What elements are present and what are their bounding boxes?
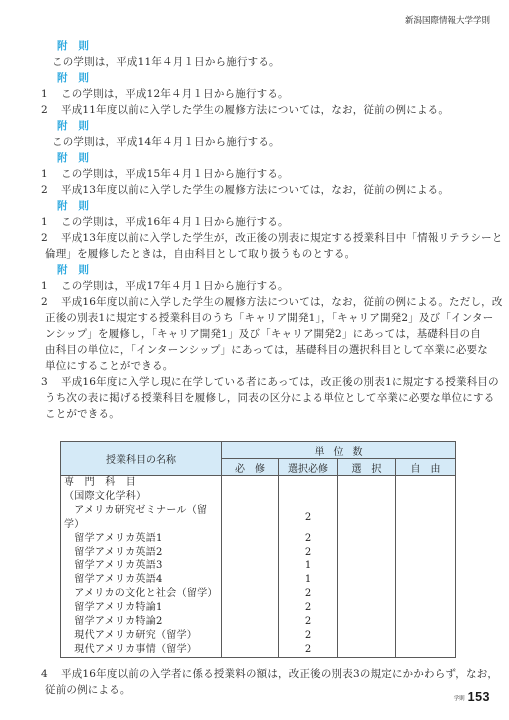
text-line: 1この学則は，平成17年４月１日から施行する。 <box>0 278 509 294</box>
line-text: 倫理」を履修したときは，自由科目として取り扱うものとする。 <box>45 248 355 260</box>
item-number: 1 <box>41 278 48 294</box>
free-units-cell <box>396 476 456 490</box>
item-number: 1 <box>41 86 48 102</box>
free-units-cell <box>396 643 456 657</box>
text-line: 3平成16年度に入学し現に在学している者にあっては，改正後の別表1に規定する授業… <box>0 374 509 390</box>
provisions-content: 附 則 この学則は，平成11年４月１日から施行する。 附 則 1この学則は，平成… <box>0 38 509 698</box>
required-units-cell <box>222 532 279 546</box>
elective-units-cell <box>338 532 396 546</box>
page-number: 153 <box>468 690 490 704</box>
course-name-cell: 留学アメリカ特論1 <box>61 601 222 615</box>
line-text: ことができる。 <box>45 408 120 420</box>
free-units-cell <box>396 490 456 504</box>
elective-units-cell <box>338 629 396 643</box>
elective-units-cell <box>338 573 396 587</box>
course-name-cell: 留学アメリカ英語4 <box>61 573 222 587</box>
elective-required-units-cell <box>279 476 338 490</box>
line-text: 附 則 <box>57 72 89 84</box>
credits-table: 授業科目の名称 単位数 必 修 選択必修 選 択 自 由 専 門 科 目 <box>60 441 456 658</box>
free-units-cell <box>396 532 456 546</box>
item-number: 1 <box>41 214 48 230</box>
col-header-units: 単位数 <box>222 442 456 459</box>
course-name-cell: 留学アメリカ英語1 <box>61 532 222 546</box>
course-name-cell: （国際文化学科） <box>61 490 222 504</box>
table-row: 留学アメリカ英語4 1 <box>61 573 456 587</box>
course-name-cell: 留学アメリカ特論2 <box>61 615 222 629</box>
text-line: 2平成13年度以前に入学した学生が，改正後の別表に規定する授業科目中「情報リテラ… <box>0 230 509 246</box>
table-row: 留学アメリカ英語3 1 <box>61 559 456 573</box>
elective-units-cell <box>338 490 396 504</box>
elective-required-units-cell: 1 <box>279 573 338 587</box>
line-text: 平成16年度以前に入学した学生の履修方法については，なお，従前の例による。ただし… <box>61 296 503 308</box>
text-line: 従前の例による。 <box>0 682 509 698</box>
free-units-cell <box>396 546 456 560</box>
elective-units-cell <box>338 504 396 532</box>
text-line: 1この学則は，平成15年４月１日から施行する。 <box>0 166 509 182</box>
free-units-cell <box>396 615 456 629</box>
elective-required-units-cell: 2 <box>279 587 338 601</box>
col-header-course-name: 授業科目の名称 <box>61 442 222 476</box>
text-line: 附 則 <box>0 118 509 134</box>
table-row: 留学アメリカ特論2 2 <box>61 615 456 629</box>
required-units-cell <box>222 476 279 490</box>
text-line: 附 則 <box>0 198 509 214</box>
elective-units-cell <box>338 559 396 573</box>
line-text: 附 則 <box>57 120 89 132</box>
line-text: この学則は，平成15年４月１日から施行する。 <box>61 168 289 180</box>
required-units-cell <box>222 615 279 629</box>
table-row: 現代アメリカ事情（留学） 2 <box>61 643 456 657</box>
line-text: 附 則 <box>57 40 89 52</box>
line-text: ンシップ」を履修し，「キャリア開発1」及び「キャリア開発2」にあっては，基礎科目… <box>45 328 481 340</box>
item-number: 2 <box>41 294 48 310</box>
col-header-required: 必 修 <box>222 459 279 476</box>
text-line: うち次の表に掲げる授業科目を履修し，同表の区分による単位として卒業に必要な単位に… <box>0 390 509 406</box>
elective-required-units-cell: 2 <box>279 629 338 643</box>
line-text: 従前の例による。 <box>45 684 131 696</box>
page-footer: 学則153 <box>454 688 490 706</box>
table-row: アメリカの文化と社会（留学） 2 <box>61 587 456 601</box>
footer-section-label: 学則 <box>454 696 465 702</box>
text-line: 正後の別表1に規定する授業科目のうち「キャリア開発1」，「キャリア開発2」及び「… <box>0 310 509 326</box>
elective-units-cell <box>338 587 396 601</box>
item-number: 2 <box>41 230 48 246</box>
item-number: 2 <box>41 182 48 198</box>
required-units-cell <box>222 643 279 657</box>
line-text: 平成16年度に入学し現に在学している者にあっては，改正後の別表1に規定する授業科… <box>61 376 499 388</box>
course-name-cell: アメリカの文化と社会（留学） <box>61 587 222 601</box>
line-text: 平成13年度以前に入学した学生の履修方法については，なお，従前の例による。 <box>61 184 449 196</box>
free-units-cell <box>396 601 456 615</box>
line-text: 平成13年度以前に入学した学生が，改正後の別表に規定する授業科目中「情報リテラシ… <box>61 232 503 244</box>
required-units-cell <box>222 546 279 560</box>
text-line: ことができる。 <box>0 406 509 422</box>
text-line: 附 則 <box>0 262 509 278</box>
text-line: 由科目の単位に，「インターンシップ」にあっては，基礎科目の選択科目として卒業に必… <box>0 342 509 358</box>
table-row: （国際文化学科） <box>61 490 456 504</box>
course-name-cell: 留学アメリカ英語2 <box>61 546 222 560</box>
item-number: 1 <box>41 166 48 182</box>
table-row: 留学アメリカ特論1 2 <box>61 601 456 615</box>
required-units-cell <box>222 559 279 573</box>
provision-blocks: 附 則 この学則は，平成11年４月１日から施行する。 附 則 1この学則は，平成… <box>0 38 509 422</box>
elective-required-units-cell: 2 <box>279 504 338 532</box>
item-number: 2 <box>41 102 48 118</box>
text-line: この学則は，平成14年４月１日から施行する。 <box>0 134 509 150</box>
text-line: 附 則 <box>0 38 509 54</box>
elective-required-units-cell: 1 <box>279 559 338 573</box>
elective-units-cell <box>338 643 396 657</box>
elective-units-cell <box>338 601 396 615</box>
elective-required-units-cell: 2 <box>279 643 338 657</box>
required-units-cell <box>222 587 279 601</box>
required-units-cell <box>222 490 279 504</box>
text-line: 2平成11年度以前に入学した学生の履修方法については，なお，従前の例による。 <box>0 102 509 118</box>
col-header-elective-required: 選択必修 <box>279 459 338 476</box>
line-text: この学則は，平成16年４月１日から施行する。 <box>61 216 289 228</box>
required-units-cell <box>222 573 279 587</box>
table-row: アメリカ研究ゼミナール（留学） 2 <box>61 504 456 532</box>
free-units-cell <box>396 587 456 601</box>
text-line: 附 則 <box>0 150 509 166</box>
line-text: 正後の別表1に規定する授業科目のうち「キャリア開発1」，「キャリア開発2」及び「… <box>45 312 493 324</box>
line-text: この学則は，平成17年４月１日から施行する。 <box>61 280 289 292</box>
col-header-elective: 選 択 <box>338 459 396 476</box>
col-header-free: 自 由 <box>396 459 456 476</box>
table-row: 留学アメリカ英語1 2 <box>61 532 456 546</box>
course-name-cell: 専 門 科 目 <box>61 476 222 490</box>
line-text: 附 則 <box>57 200 89 212</box>
text-line: 単位にすることができる。 <box>0 358 509 374</box>
free-units-cell <box>396 504 456 532</box>
free-units-cell <box>396 629 456 643</box>
text-line: 2平成16年度以前に入学した学生の履修方法については，なお，従前の例による。ただ… <box>0 294 509 310</box>
line-text: この学則は，平成12年４月１日から施行する。 <box>61 88 289 100</box>
course-name-cell: アメリカ研究ゼミナール（留学） <box>61 504 222 532</box>
required-units-cell <box>222 601 279 615</box>
elective-required-units-cell <box>279 490 338 504</box>
elective-units-cell <box>338 615 396 629</box>
text-line: 附 則 <box>0 70 509 86</box>
line-text: この学則は，平成14年４月１日から施行する。 <box>52 136 280 148</box>
course-name-cell: 現代アメリカ研究（留学） <box>61 629 222 643</box>
course-name-cell: 留学アメリカ英語3 <box>61 559 222 573</box>
credits-table-wrap: 授業科目の名称 単位数 必 修 選択必修 選 択 自 由 専 門 科 目 <box>60 441 509 658</box>
required-units-cell <box>222 629 279 643</box>
text-line: 2平成13年度以前に入学した学生の履修方法については，なお，従前の例による。 <box>0 182 509 198</box>
line-text: うち次の表に掲げる授業科目を履修し，同表の区分による単位として卒業に必要な単位に… <box>45 392 494 404</box>
line-text: 由科目の単位に，「インターンシップ」にあっては，基礎科目の選択科目として卒業に必… <box>45 344 488 356</box>
item-number: 4 <box>41 666 48 682</box>
line-text: 附 則 <box>57 152 89 164</box>
free-units-cell <box>396 559 456 573</box>
line-text: この学則は，平成11年４月１日から施行する。 <box>52 56 280 68</box>
line-text: 平成16年度以前の入学者に係る授業料の額は，改正後の別表3の規定にかかわらず，な… <box>61 668 498 680</box>
elective-units-cell <box>338 546 396 560</box>
table-row: 留学アメリカ英語2 2 <box>61 546 456 560</box>
line-text: 平成11年度以前に入学した学生の履修方法については，なお，従前の例による。 <box>61 104 449 116</box>
elective-required-units-cell: 2 <box>279 532 338 546</box>
running-title: 新潟国際情報大学学則 <box>405 15 490 25</box>
elective-required-units-cell: 2 <box>279 615 338 629</box>
page-header: 新潟国際情報大学学則 <box>0 14 490 26</box>
line-text: 附 則 <box>57 264 89 276</box>
elective-required-units-cell: 2 <box>279 546 338 560</box>
table-row: 現代アメリカ研究（留学） 2 <box>61 629 456 643</box>
elective-units-cell <box>338 476 396 490</box>
text-line: この学則は，平成11年４月１日から施行する。 <box>0 54 509 70</box>
provision-blocks-after: 4平成16年度以前の入学者に係る授業料の額は，改正後の別表3の規定にかかわらず，… <box>0 666 509 698</box>
text-line: 4平成16年度以前の入学者に係る授業料の額は，改正後の別表3の規定にかかわらず，… <box>0 666 509 682</box>
text-line: 倫理」を履修したときは，自由科目として取り扱うものとする。 <box>0 246 509 262</box>
required-units-cell <box>222 504 279 532</box>
text-line: 1この学則は，平成12年４月１日から施行する。 <box>0 86 509 102</box>
text-line: ンシップ」を履修し，「キャリア開発1」及び「キャリア開発2」にあっては，基礎科目… <box>0 326 509 342</box>
elective-required-units-cell: 2 <box>279 601 338 615</box>
course-name-cell: 現代アメリカ事情（留学） <box>61 643 222 657</box>
document-page: 新潟国際情報大学学則 附 則 この学則は，平成11年４月１日から施行する。 附 … <box>0 0 509 720</box>
line-text: 単位にすることができる。 <box>45 360 173 372</box>
item-number: 3 <box>41 374 48 390</box>
table-row: 専 門 科 目 <box>61 476 456 490</box>
text-line: 1この学則は，平成16年４月１日から施行する。 <box>0 214 509 230</box>
free-units-cell <box>396 573 456 587</box>
